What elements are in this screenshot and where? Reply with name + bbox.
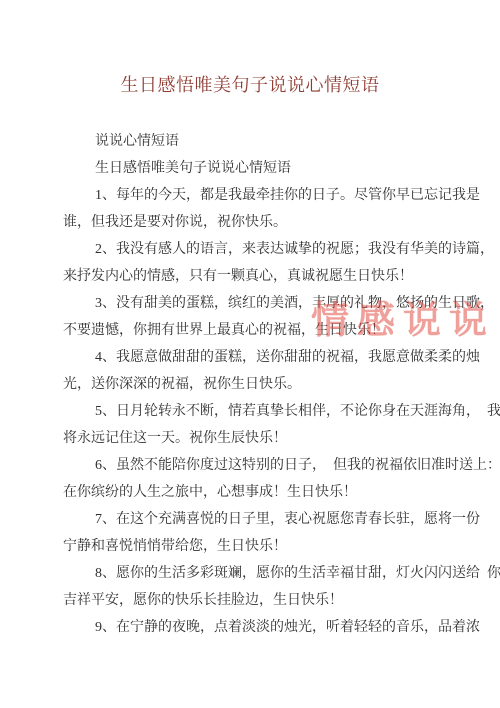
text-line: 将永远记住这一天。祝你生辰快乐！ <box>63 425 473 452</box>
page-title: 生日感悟唯美句子说说心情短语 <box>0 71 500 97</box>
text-line: 生日感悟唯美句子说说心情短语 <box>63 155 473 182</box>
document-body: 说说心情短语生日感悟唯美句子说说心情短语1、每年的今天，都是我最牵挂你的日子。尽… <box>63 128 473 641</box>
text-line: 不要遗憾，你拥有世界上最真心的祝福，生日快乐！ <box>63 317 473 344</box>
text-line: 来抒发内心的情感，只有一颗真心，真诚祝愿生日快乐！ <box>63 263 473 290</box>
text-line: 2、我没有感人的语言，来表达诚挚的祝愿；我没有华美的诗篇， <box>63 236 473 263</box>
text-line: 1、每年的今天，都是我最牵挂你的日子。尽管你早已忘记我是 <box>63 182 473 209</box>
text-line: 9、在宁静的夜晚，点着淡淡的烛光，听着轻轻的音乐，品着浓 <box>63 614 473 641</box>
text-line: 宁静和喜悦悄悄带给您，生日快乐！ <box>63 533 473 560</box>
text-line: 吉祥平安，愿你的快乐长挂脸边，生日快乐！ <box>63 587 473 614</box>
text-line: 4、我愿意做甜甜的蛋糕，送你甜甜的祝福，我愿意做柔柔的烛 <box>63 344 473 371</box>
text-line: 说说心情短语 <box>63 128 473 155</box>
text-line: 3、没有甜美的蛋糕，缤红的美酒，丰厚的礼物，悠扬的生日歌， <box>63 290 473 317</box>
text-line: 8、愿你的生活多彩斑斓，愿你的生活幸福甘甜，灯火闪闪送给 你 <box>63 560 473 587</box>
text-line: 5、日月轮转永不断，情若真挚长相伴，不论你身在天涯海角， 我 <box>63 398 473 425</box>
text-line: 6、虽然不能陪你度过这特别的日子， 但我的祝福依旧准时送上： <box>63 452 473 479</box>
document-page: 生日感悟唯美句子说说心情短语 说说心情短语生日感悟唯美句子说说心情短语1、每年的… <box>0 0 500 708</box>
text-line: 光，送你深深的祝福，祝你生日快乐。 <box>63 371 473 398</box>
text-line: 在你缤纷的人生之旅中，心想事成！生日快乐！ <box>63 479 473 506</box>
text-line: 谁，但我还是要对你说，祝你快乐。 <box>63 209 473 236</box>
text-line: 7、在这个充满喜悦的日子里，衷心祝愿您青春长驻，愿将一份 <box>63 506 473 533</box>
